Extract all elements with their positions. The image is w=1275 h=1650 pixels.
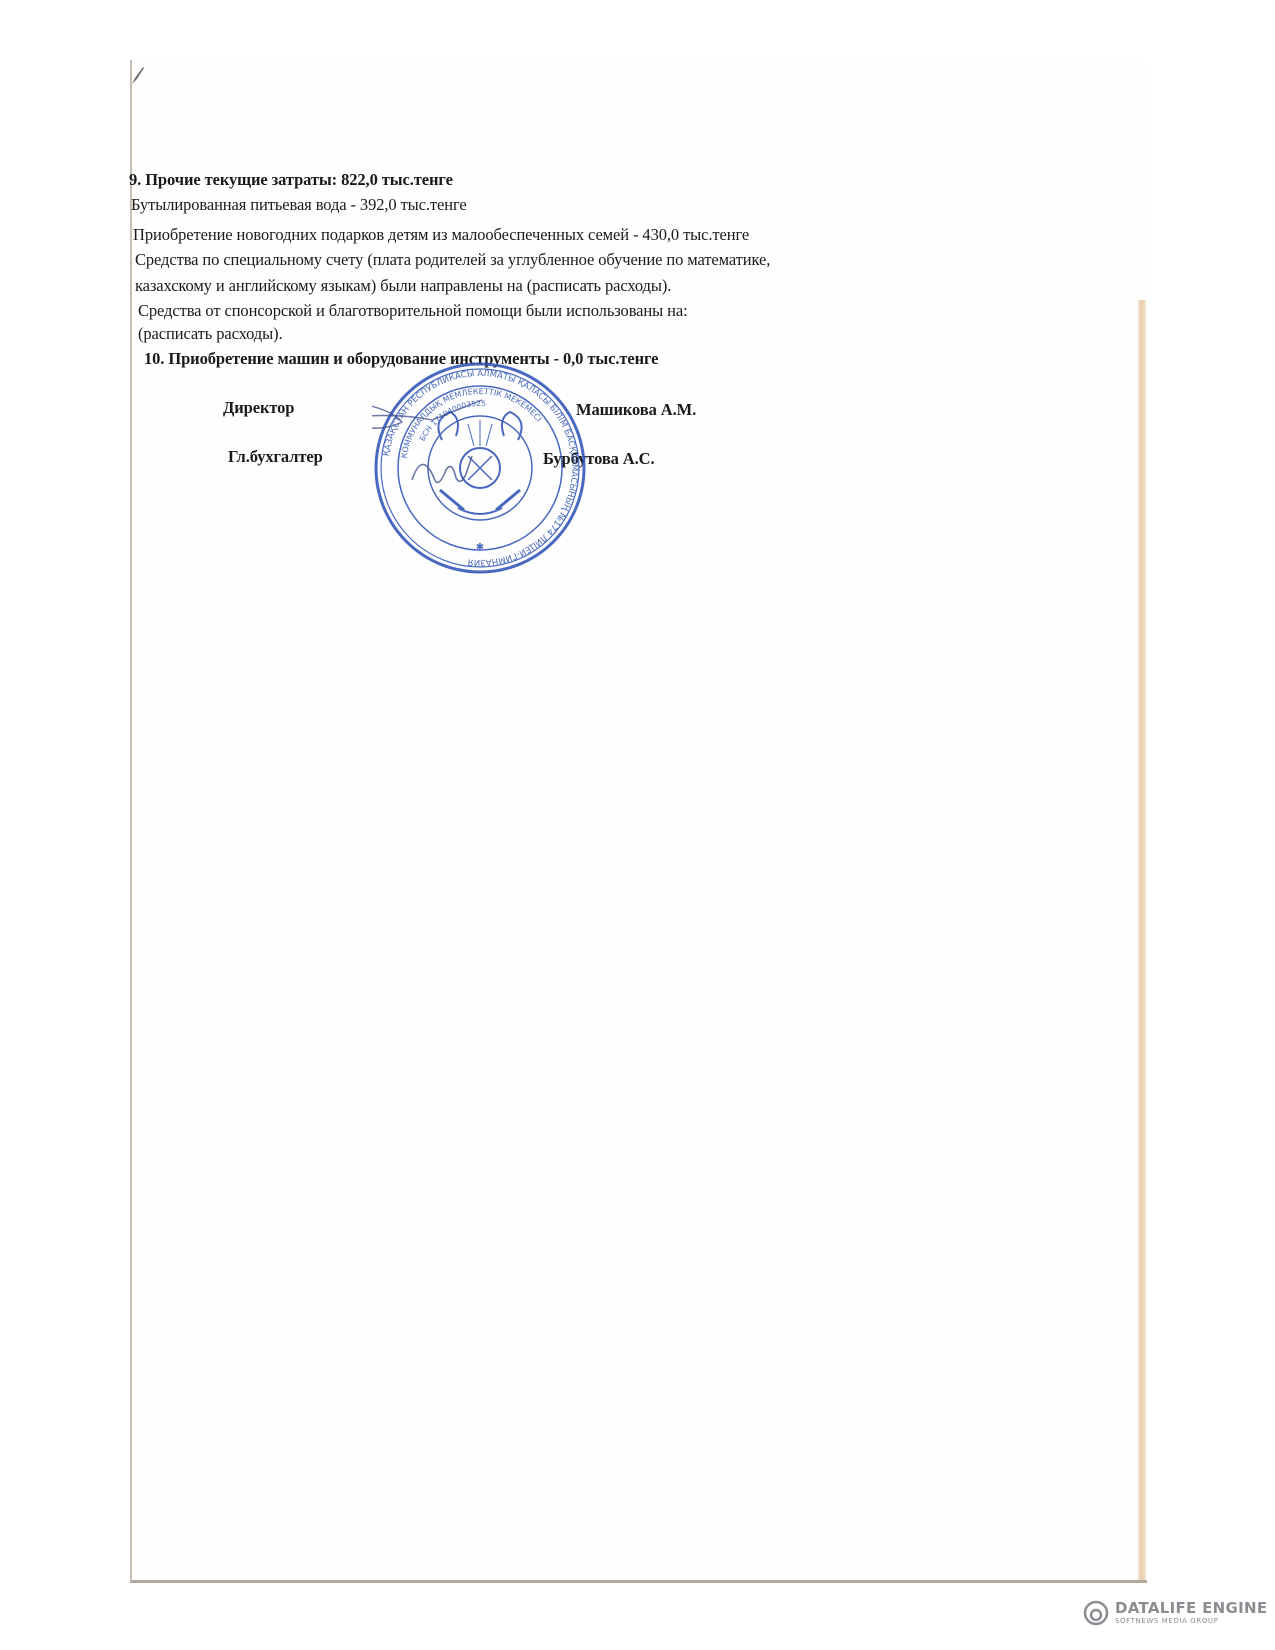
paper-edge: [1138, 300, 1146, 1580]
expense-line-water: Бутылированная питьевая вода - 392,0 тыс…: [131, 195, 467, 215]
pen-mark-icon: [130, 64, 146, 86]
section-9-heading: 9. Прочие текущие затраты: 822,0 тыс.тен…: [129, 170, 453, 190]
signature-role-accountant: Гл.бухгалтер: [228, 447, 323, 467]
datalife-logo-icon: [1083, 1600, 1109, 1626]
svg-text:✱: ✱: [476, 542, 484, 553]
watermark-title: DATALIFE ENGINE: [1115, 1601, 1267, 1616]
signature-name-director: Машикова А.М.: [576, 400, 696, 420]
signature-role-director: Директор: [223, 398, 294, 418]
sponsorship-line-2: (расписать расходы).: [138, 324, 283, 344]
special-account-line-2: казахскому и английскому языкам) были на…: [135, 276, 671, 296]
expense-line-gifts: Приобретение новогодних подарков детям и…: [133, 225, 749, 245]
special-account-line-1: Средства по специальному счету (плата ро…: [135, 250, 770, 270]
official-stamp-icon: ҚАЗАҚСТАН РЕСПУБЛИКАСЫ АЛМАТЫ ҚАЛАСЫ БІЛ…: [372, 360, 588, 576]
sponsorship-line-1: Средства от спонсорской и благотворитель…: [138, 301, 688, 321]
watermark: DATALIFE ENGINE SOFTNEWS MEDIA GROUP: [1083, 1600, 1267, 1626]
watermark-subtitle: SOFTNEWS MEDIA GROUP: [1115, 1618, 1267, 1625]
